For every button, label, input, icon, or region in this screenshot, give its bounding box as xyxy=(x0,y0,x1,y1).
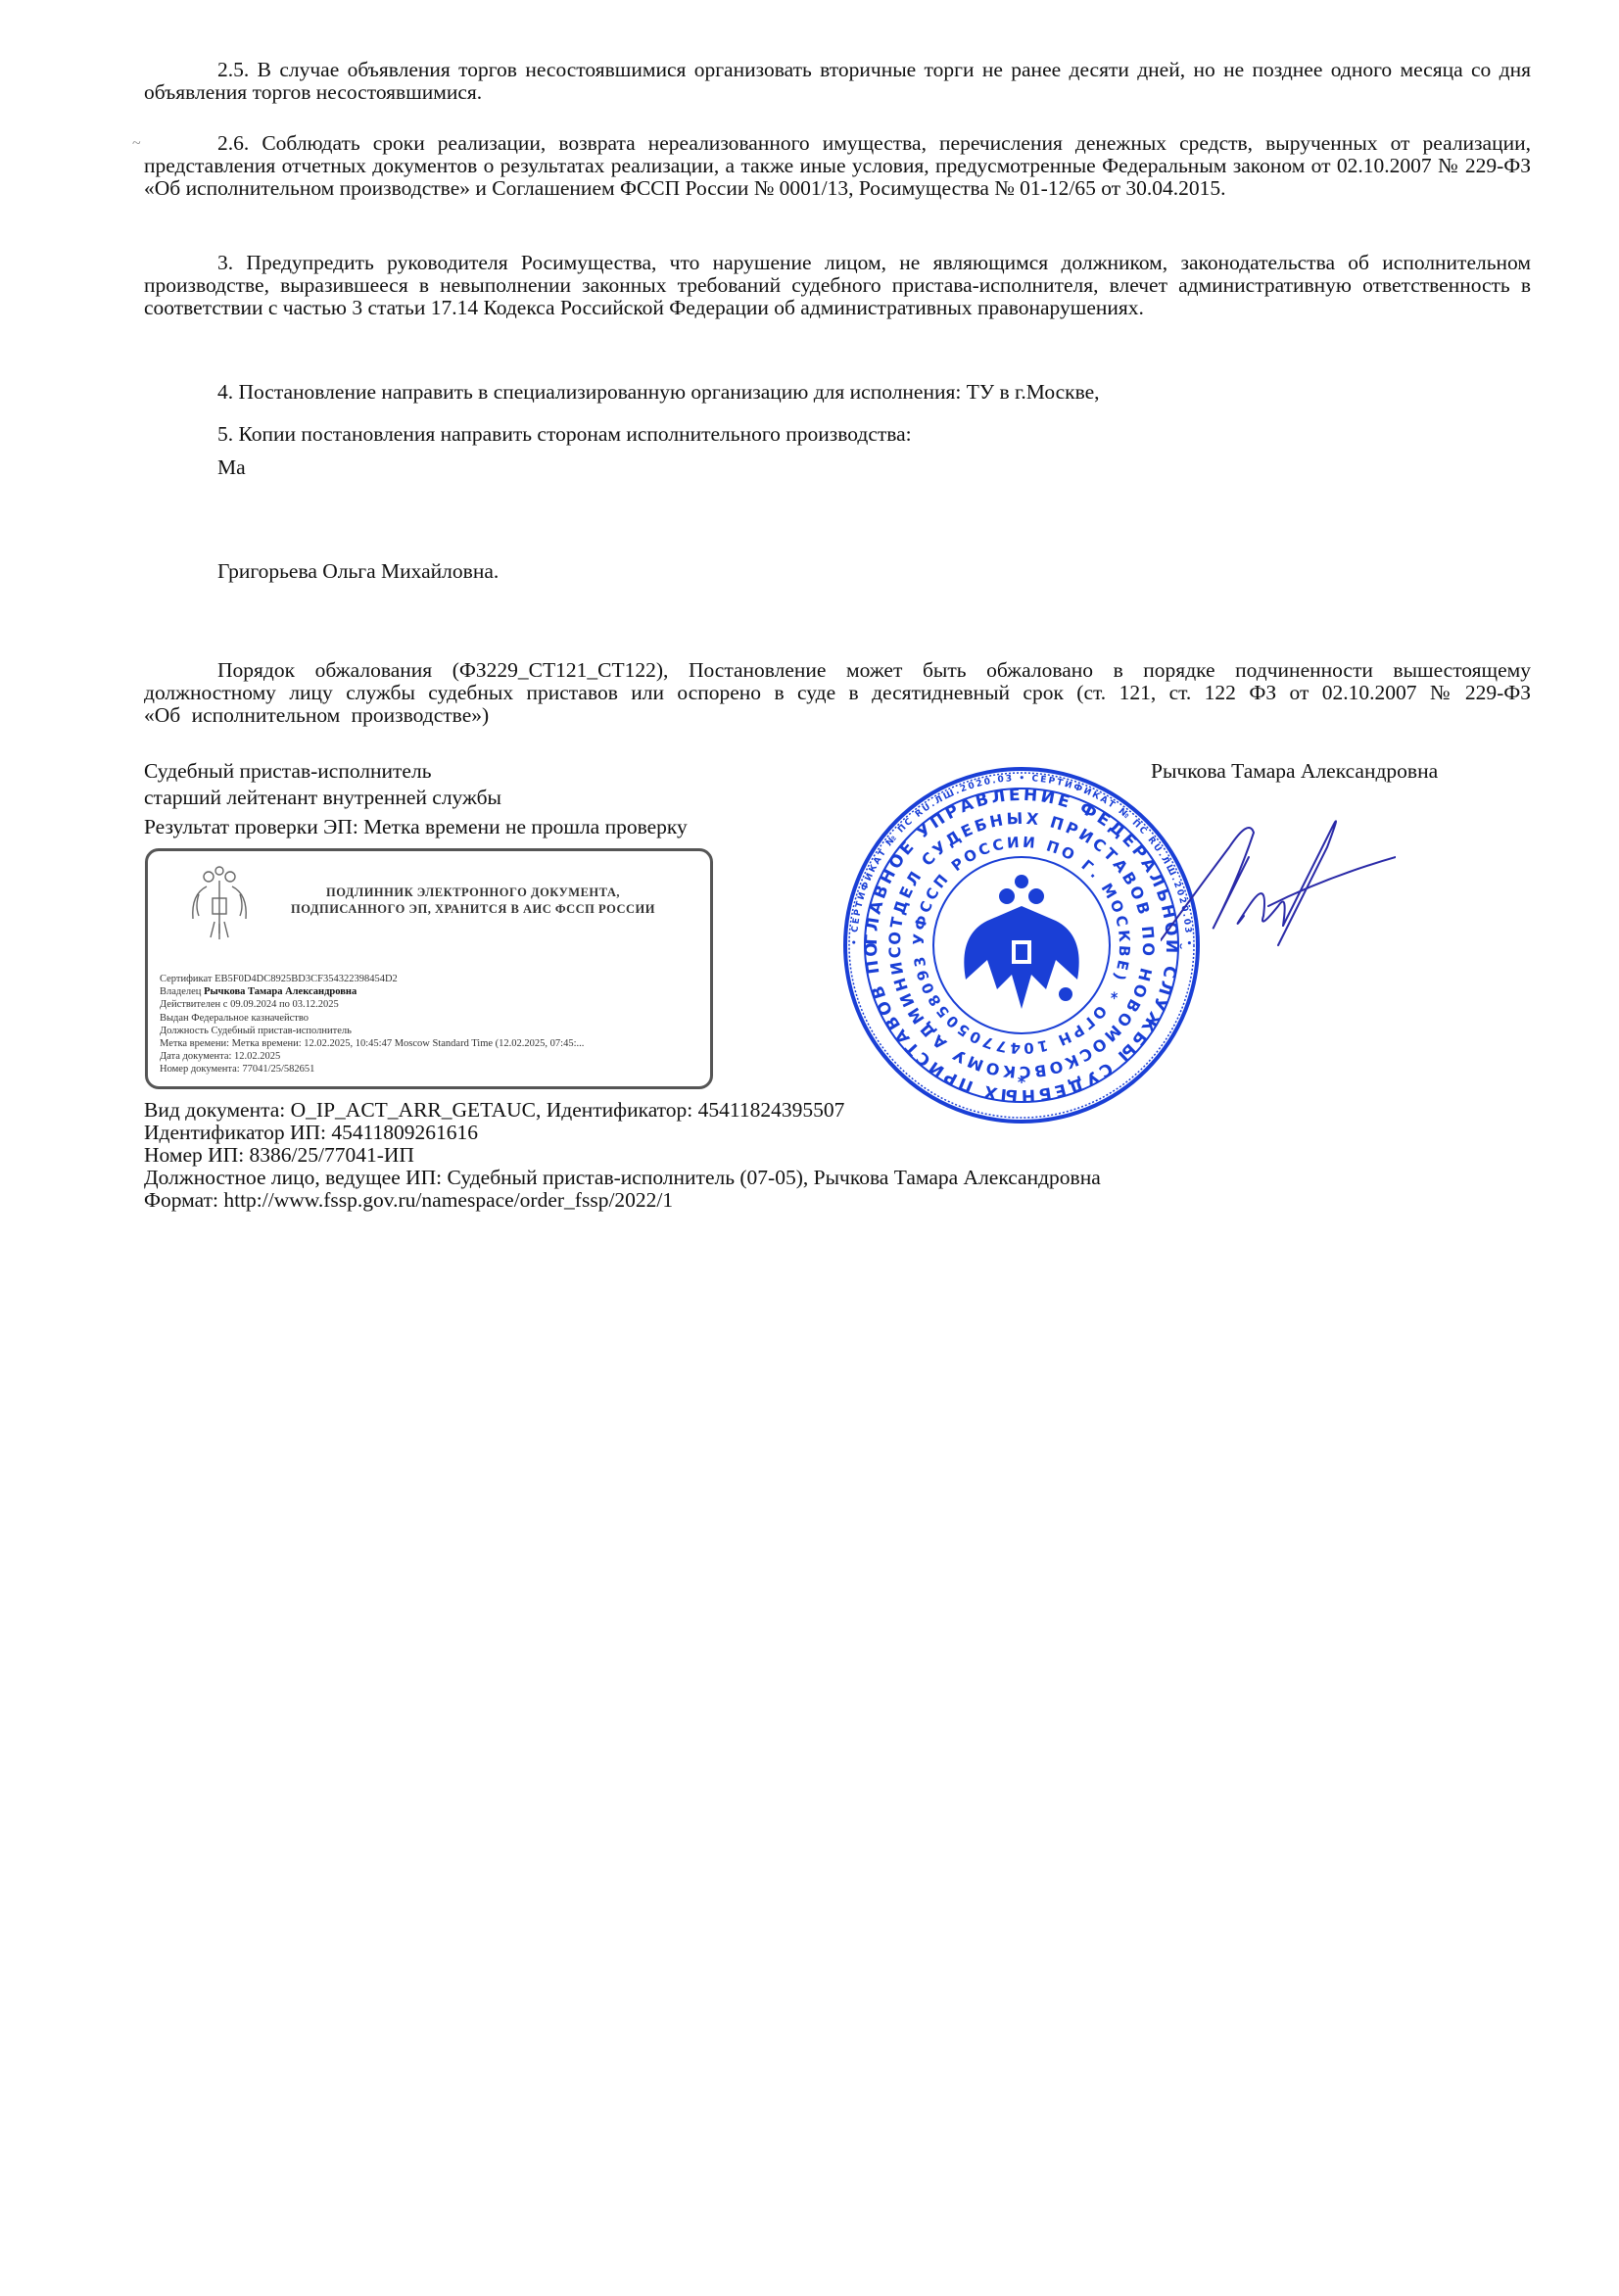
esig-issuer: Выдан Федеральное казначейство xyxy=(160,1012,584,1025)
clause-text: 4. Постановление направить в специализир… xyxy=(217,380,1100,404)
appeal-text: Порядок обжалования (ФЗ229_СТ121_СТ122),… xyxy=(144,658,1531,727)
clause-text: 2.6. Соблюдать сроки реализации, возврат… xyxy=(144,131,1531,200)
electronic-signature-box: ПОДЛИННИК ЭЛЕКТРОННОГО ДОКУМЕНТА, ПОДПИС… xyxy=(145,848,713,1089)
official-stamp: • СЕРТИФИКАТ № ПС RU.ЛШ.2020.03 • СЕРТИФ… xyxy=(840,764,1203,1126)
meta-ip-number: Номер ИП: 8386/25/77041-ИП xyxy=(144,1144,1101,1167)
esig-header-line: ПОДПИСАННОГО ЭП, ХРАНИТСЯ В АИС ФССП РОС… xyxy=(258,901,689,918)
label: Владелец xyxy=(160,986,201,997)
esig-owner: Владелец Рычкова Тамара Александровна xyxy=(160,985,584,998)
clause-text: 2.5. В случае объявления торгов несостоя… xyxy=(144,58,1531,104)
owner-value: Рычкова Тамара Александровна xyxy=(204,986,357,997)
esig-details: Сертификат EB5F0D4DC8925BD3CF35432239845… xyxy=(160,973,584,1076)
clause-2-6: 2.6. Соблюдать сроки реализации, возврат… xyxy=(144,132,1531,200)
clause-text: 3. Предупредить руководителя Росимуществ… xyxy=(144,251,1531,319)
appeal-procedure: Порядок обжалования (ФЗ229_СТ121_СТ122),… xyxy=(144,659,1531,727)
handwritten-signature xyxy=(1161,789,1396,955)
clause-4: 4. Постановление направить в специализир… xyxy=(144,381,1100,404)
recipient-name: Григорьева Ольга Михайловна. xyxy=(217,560,499,583)
document-page: ~ 2.5. В случае объявления торгов несост… xyxy=(0,0,1619,2296)
meta-doc-type: Вид документа: O_IP_ACT_ARR_GETAUC, Иден… xyxy=(144,1099,1101,1122)
esig-certificate: Сертификат EB5F0D4DC8925BD3CF35432239845… xyxy=(160,973,584,985)
clause-text: 5. Копии постановления направить сторона… xyxy=(217,422,912,446)
esig-header: ПОДЛИННИК ЭЛЕКТРОННОГО ДОКУМЕНТА, ПОДПИС… xyxy=(258,885,689,918)
clause-5: 5. Копии постановления направить сторона… xyxy=(144,423,912,446)
meta-officer: Должностное лицо, ведущее ИП: Судебный п… xyxy=(144,1167,1101,1189)
meta-format: Формат: http://www.fssp.gov.ru/namespace… xyxy=(144,1189,1101,1212)
svg-text:*: * xyxy=(1018,1073,1026,1091)
document-metadata: Вид документа: O_IP_ACT_ARR_GETAUC, Иден… xyxy=(144,1099,1101,1212)
clause-3: 3. Предупредить руководителя Росимуществ… xyxy=(144,252,1531,319)
certificate-value: EB5F0D4DC8925BD3CF354322398454D2 xyxy=(214,974,398,984)
esig-doc-number: Номер документа: 77041/25/582651 xyxy=(160,1063,584,1076)
esig-timestamp: Метка времени: Метка времени: 12.02.2025… xyxy=(160,1037,584,1050)
double-headed-eagle-icon xyxy=(185,865,254,943)
esig-header-line: ПОДЛИННИК ЭЛЕКТРОННОГО ДОКУМЕНТА, xyxy=(258,885,689,901)
recipient-truncated: Ма xyxy=(217,456,246,479)
esig-role: Должность Судебный пристав-исполнитель xyxy=(160,1025,584,1037)
scan-artifact: ~ xyxy=(132,135,141,153)
double-headed-eagle-icon xyxy=(964,875,1078,1009)
clause-2-5: 2.5. В случае объявления торгов несостоя… xyxy=(144,59,1531,104)
label: Сертификат xyxy=(160,974,212,984)
ep-check-result: Результат проверки ЭП: Метка времени не … xyxy=(144,816,688,838)
esig-doc-date: Дата документа: 12.02.2025 xyxy=(160,1050,584,1063)
esig-validity: Действителен с 09.09.2024 по 03.12.2025 xyxy=(160,998,584,1011)
signatory-position: Судебный пристав-исполнитель xyxy=(144,760,432,783)
meta-ip-id: Идентификатор ИП: 45411809261616 xyxy=(144,1122,1101,1144)
signatory-rank: старший лейтенант внутренней службы xyxy=(144,787,501,809)
